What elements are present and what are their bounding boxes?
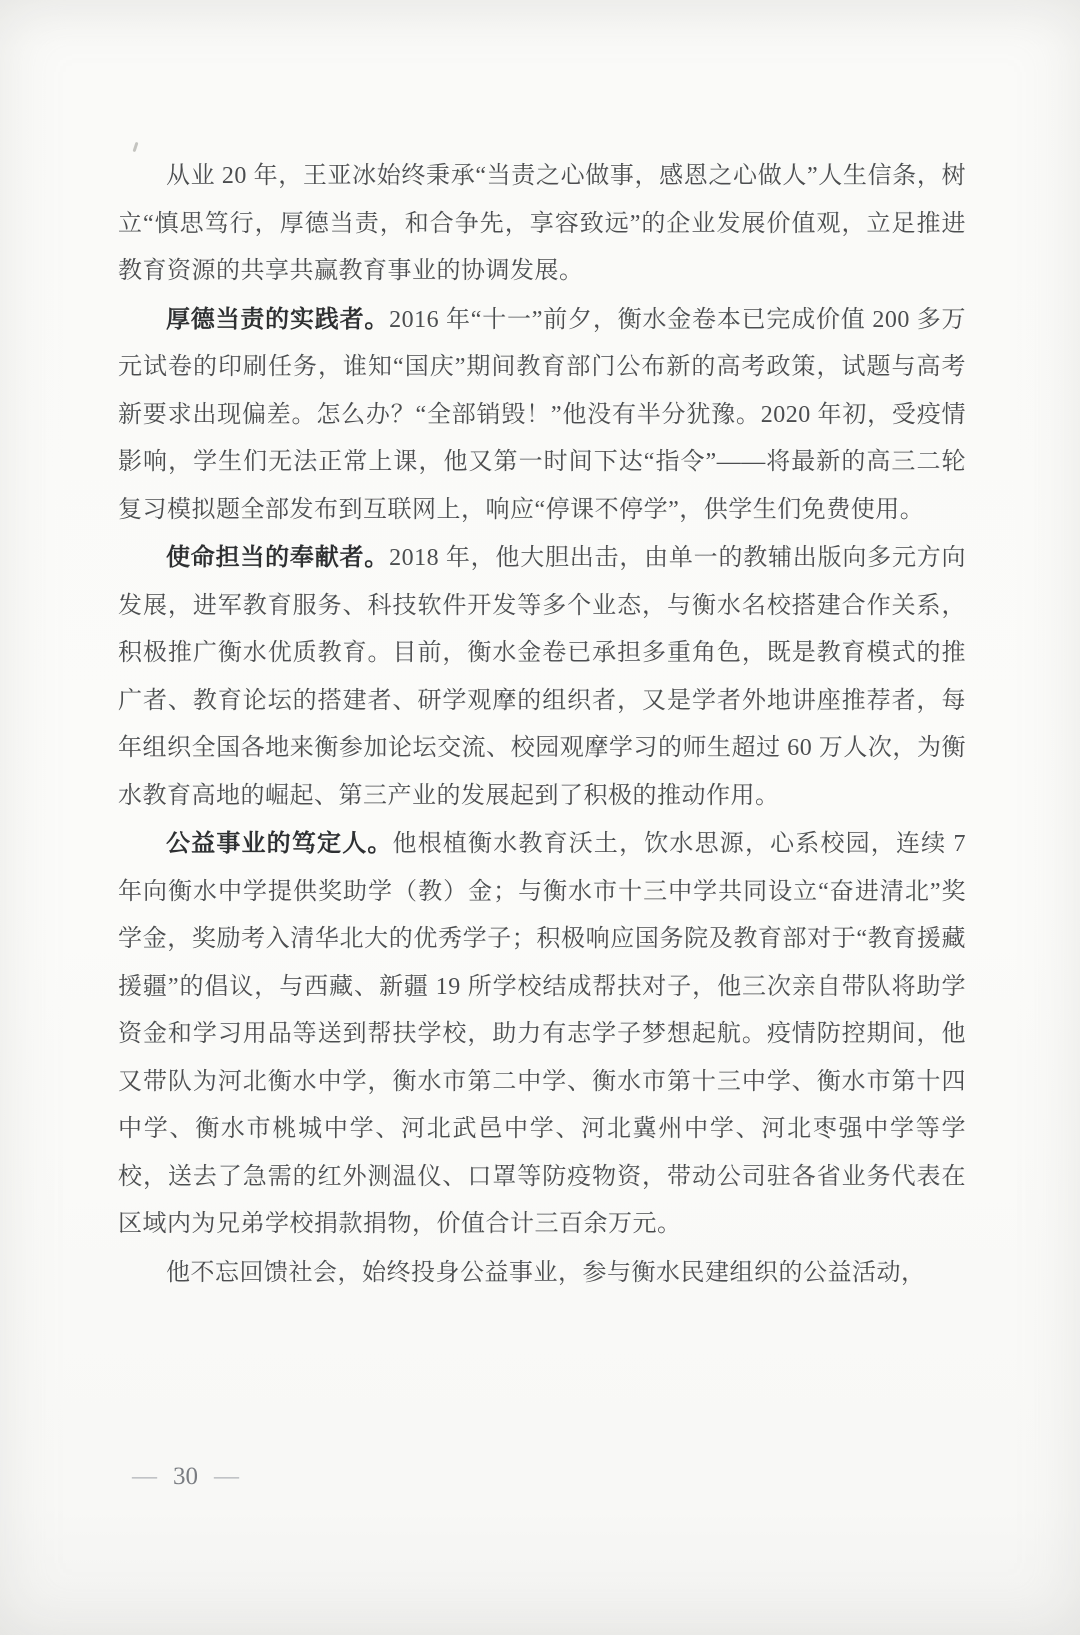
- document-page: 从业 20 年，王亚冰始终秉承“当责之心做事，感恩之心做人”人生信条，树立“慎思…: [0, 0, 1080, 1635]
- paragraph: 他不忘回馈社会，始终投身公益事业，参与衡水民建组织的公益活动，: [118, 1249, 966, 1298]
- footer-dash-left: —: [132, 1462, 157, 1492]
- paragraph-text: 从业 20 年，王亚冰始终秉承“当责之心做事，感恩之心做人”人生信条，树立“慎思…: [118, 163, 966, 284]
- paragraph: 公益事业的笃定人。他根植衡水教育沃土，饮水思源，心系校园，连续 7 年向衡水中学…: [118, 820, 966, 1249]
- footer-dash-right: —: [214, 1462, 239, 1492]
- page-footer: — 30 —: [132, 1462, 239, 1492]
- paragraph-text: 2016 年“十一”前夕，衡水金卷本已完成价值 200 多万元试卷的印刷任务，谁…: [118, 307, 966, 523]
- paragraph-text: 他不忘回馈社会，始终投身公益事业，参与衡水民建组织的公益活动，: [166, 1260, 926, 1286]
- paragraph-lead: 厚德当责的实践者。: [166, 306, 389, 333]
- paragraph-lead: 使命担当的奉献者。: [166, 544, 389, 571]
- paragraph: 使命担当的奉献者。2018 年，他大胆出击，由单一的教辅出版向多元方向发展，进军…: [118, 534, 966, 820]
- paragraph-text: 2018 年，他大胆出击，由单一的教辅出版向多元方向发展，进军教育服务、科技软件…: [118, 545, 966, 809]
- paragraph-text: 他根植衡水教育沃土，饮水思源，心系校园，连续 7 年向衡水中学提供奖助学（教）金…: [118, 831, 966, 1237]
- scan-artifact: [133, 142, 139, 152]
- paragraph: 从业 20 年，王亚冰始终秉承“当责之心做事，感恩之心做人”人生信条，树立“慎思…: [118, 152, 966, 296]
- page-number: 30: [173, 1462, 198, 1492]
- paragraph-lead: 公益事业的笃定人。: [166, 830, 393, 857]
- paragraph: 厚德当责的实践者。2016 年“十一”前夕，衡水金卷本已完成价值 200 多万元…: [118, 296, 966, 535]
- page-body-text: 从业 20 年，王亚冰始终秉承“当责之心做事，感恩之心做人”人生信条，树立“慎思…: [118, 152, 966, 1297]
